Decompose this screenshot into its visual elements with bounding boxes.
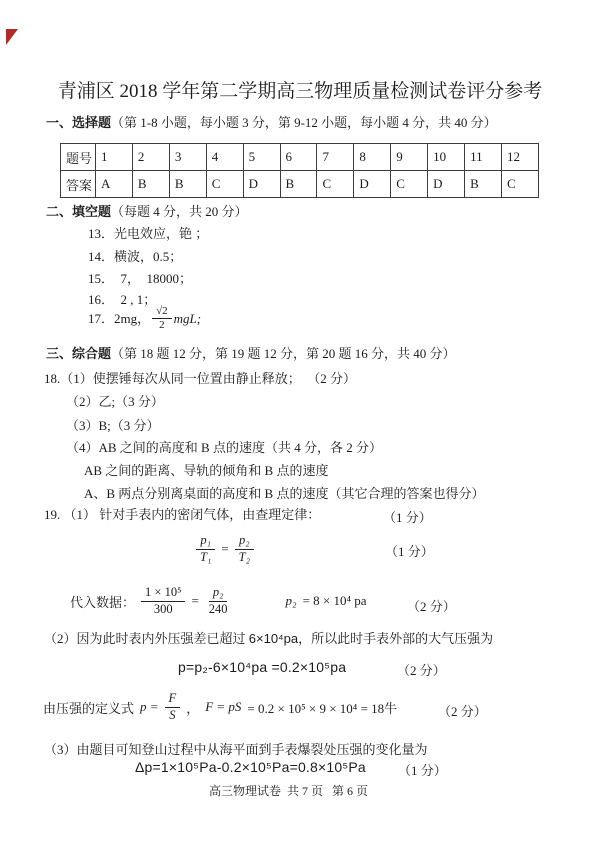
row-header-cell: 题号 [61, 144, 96, 171]
q18-answer-4-alt2: A、B 两点分别离桌面的高度和 B 点的速度（其它合理的答案也得分） [84, 486, 484, 502]
exam-answer-sheet-page: 青浦区 2018 学年第二学期高三物理质量检测试卷评分参考 一、选择题（第 1-… [0, 0, 600, 847]
score-mark: （1 分） [398, 760, 447, 779]
section-comp-heading-label: 三、综合题 [46, 346, 111, 361]
section-blank-heading-label: 二、填空题 [46, 204, 111, 219]
question-number-cell: 3 [169, 144, 206, 171]
result-p2: p₂ [286, 593, 297, 609]
fraction-1e5-300: 1 × 10⁵300 [141, 585, 185, 617]
part2-text-post: ，所以此时手表外部的大气压强为 [298, 631, 493, 646]
question-number-cell: 5 [243, 144, 280, 171]
section-comp-heading: 三、综合题（第 18 题 12 分，第 19 题 12 分，第 20 题 16 … [46, 346, 456, 362]
substitution-label: 代入数据： [70, 592, 135, 611]
result-value: = 8 × 10⁴ pa [303, 593, 367, 609]
force-equation: 由压强的定义式 p = FS ， F = pS = 0.2 × 10⁵ × 9 … [43, 691, 397, 723]
answer-cell: C [317, 171, 354, 198]
question-number-cell: 8 [354, 144, 391, 171]
score-mark: （2 分） [438, 701, 487, 720]
question-number-cell: 6 [280, 144, 317, 171]
pressure-equation: p=p₂-6×10⁴pa =0.2×10⁵pa [178, 659, 346, 675]
fraction-numerator: F [165, 691, 181, 708]
fraction-F-S: FS [165, 691, 181, 723]
answer-cell: B [280, 171, 317, 198]
score-mark: （2 分） [397, 660, 446, 679]
equals-sign: = [221, 541, 228, 557]
fraction-numerator: √2 [152, 305, 172, 319]
question-number-cell: 9 [391, 144, 428, 171]
answer-cell: D [428, 171, 465, 198]
fill-blank-item-15: 15． 7， 18000； [88, 271, 192, 287]
fraction-numerator: p₂ [209, 585, 228, 602]
section-choice-heading-label: 一、选择题 [46, 115, 111, 130]
page-footer: 高三物理试卷 共 7 页 第 6 页 [209, 782, 368, 799]
table-row-question-numbers: 题号 123456789101112 [61, 144, 539, 171]
section-blank-heading: 二、填空题（每题 4 分，共 20 分） [46, 204, 248, 220]
fill-blank-item-17: 17．2mg， √22 mgL; [88, 305, 201, 332]
force-result: = 0.2 × 10⁵ × 9 × 10⁴ = 18牛 [247, 698, 397, 717]
q18-answer-4-alt1: AB 之间的距离、导轨的倾角和 B 点的速度 [84, 463, 328, 479]
section-comp-heading-note: （第 18 题 12 分，第 19 题 12 分，第 20 题 16 分，共 4… [111, 346, 456, 361]
fraction-denominator: 240 [205, 602, 232, 618]
fraction-p2-T2: p₂T₂ [235, 533, 254, 565]
q18-answer-4: （4）AB 之间的高度和 B 点的速度（共 4 分，各 2 分） [66, 440, 382, 456]
question-number-cell: 12 [501, 144, 538, 171]
fraction-numerator: 1 × 10⁵ [141, 585, 185, 602]
comma: ， [186, 698, 199, 717]
answer-cell: D [354, 171, 391, 198]
answer-cell: B [465, 171, 502, 198]
fraction-denominator: T₁ [196, 550, 215, 566]
page-title: 青浦区 2018 学年第二学期高三物理质量检测试卷评分参考 [0, 76, 600, 103]
section-blank-heading-note: （每题 4 分，共 20 分） [111, 204, 248, 219]
answer-cell: B [169, 171, 206, 198]
q18-answer-2: （2）乙;（3 分） [66, 394, 164, 410]
question-number-cell: 10 [428, 144, 465, 171]
row-header-cell: 答案 [61, 171, 96, 198]
item-17-prefix: 17．2mg， [88, 311, 150, 327]
definition-label: 由压强的定义式 [43, 698, 134, 717]
equals-sign: = [191, 593, 198, 609]
fraction-denominator: 2 [155, 319, 169, 332]
answer-cell: C [206, 171, 243, 198]
item-17-suffix: mgL; [174, 311, 201, 327]
fill-blank-item-14: 14．横波，0.5； [88, 249, 182, 265]
section-choice-heading-note: （第 1-8 小题，每小题 3 分，第 9-12 小题，每小题 4 分，共 40… [111, 115, 497, 130]
answer-cell: B [132, 171, 169, 198]
fraction-denominator: S [165, 708, 179, 724]
answer-cell: A [96, 171, 133, 198]
fill-blank-item-13: 13．光电效应，铯 ； [88, 226, 208, 242]
charles-law-equation: p₁T₁ = p₂T₂ [196, 533, 254, 565]
fraction-denominator: 300 [150, 602, 177, 618]
answer-cell: D [243, 171, 280, 198]
p-equals: p = [140, 699, 159, 715]
part2-text-pre: （2）因为此时表内外压强差已超过 [44, 631, 249, 646]
table-row-answers: 答案 ABBCDBCDCDBC [61, 171, 539, 198]
force-expression: F = pS [205, 699, 241, 715]
fraction-p1-T1: p₁T₁ [196, 533, 215, 565]
q18-answer-1: 18.（1）使摆锤每次从同一位置由静止释放； （2 分） [44, 371, 356, 387]
q19-part1-text: 19. （1） 针对手表内的密闭气体，由查理定律： [44, 507, 320, 523]
q19-part3-text: （3）由题目可知登山过程中从海平面到手表爆裂处压强的变化量为 [44, 742, 428, 758]
score-mark: （1 分） [385, 541, 434, 560]
fraction-p2-240: p₂240 [205, 585, 232, 617]
question-number-cell: 4 [206, 144, 243, 171]
answer-table: 题号 123456789101112 答案 ABBCDBCDCDBC [60, 143, 539, 198]
answer-cell: C [501, 171, 538, 198]
q19-part2-text: （2）因为此时表内外压强差已超过 6×10⁴pa，所以此时手表外部的大气压强为 [44, 631, 493, 647]
section-choice-heading: 一、选择题（第 1-8 小题，每小题 3 分，第 9-12 小题，每小题 4 分… [46, 115, 497, 131]
question-number-cell: 2 [132, 144, 169, 171]
fraction-denominator: T₂ [235, 550, 254, 566]
part2-inline-formula: 6×10⁴pa [249, 631, 298, 646]
delta-pressure-equation: Δp=1×10⁵Pa-0.2×10⁵Pa=0.8×10⁵Pa [135, 759, 366, 775]
fraction-numerator: p₁ [196, 533, 215, 550]
score-mark: （2 分） [407, 596, 456, 615]
item-17-fraction: √22 [152, 305, 172, 332]
fraction-numerator: p₂ [235, 533, 254, 550]
q18-answer-3: （3）B;（3 分） [66, 418, 160, 434]
question-number-cell: 11 [465, 144, 502, 171]
answer-cell: C [391, 171, 428, 198]
question-number-cell: 1 [96, 144, 133, 171]
question-number-cell: 7 [317, 144, 354, 171]
red-corner-mark [6, 29, 18, 45]
score-mark: （1 分） [383, 507, 432, 526]
substitution-equation: 代入数据： 1 × 10⁵300 = p₂240 p₂ = 8 × 10⁴ pa [70, 585, 367, 617]
